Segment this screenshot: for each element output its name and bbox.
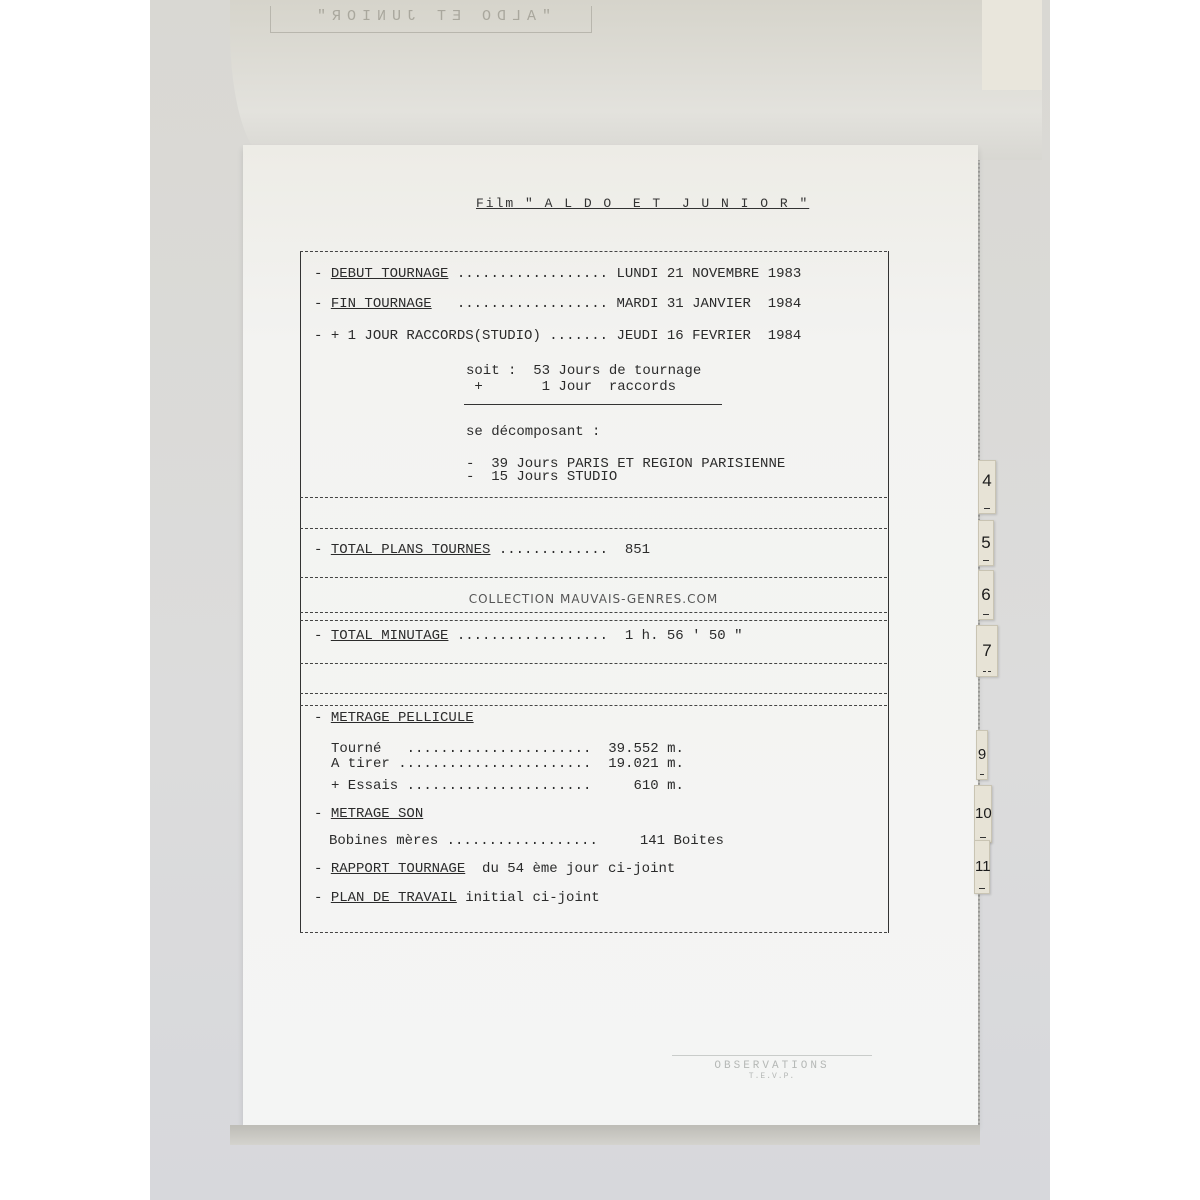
row-name: Tourné: [331, 741, 407, 757]
schedule-value: LUNDI 21 NOVEMBRE 1983: [608, 266, 801, 282]
divider: [300, 693, 887, 694]
rapport-text: du 54 ème jour ci-joint: [465, 861, 675, 877]
metrage-pellicule-heading: - METRAGE PELLICULE: [314, 710, 474, 726]
divider: [300, 497, 887, 498]
total-minutage-value: 1 h. 56 ' 50 ": [608, 628, 742, 644]
leader-dots: ......................: [407, 778, 592, 794]
leader-dots: .............: [490, 542, 608, 558]
pellicule-row-essais: + Essais ...................... 610 m.: [331, 778, 684, 794]
schedule-value: JEUDI 16 FEVRIER 1984: [608, 328, 801, 344]
schedule-label: DEBUT TOURNAGE: [331, 266, 449, 282]
leader-dots: ......................: [407, 741, 592, 757]
row-name: Bobines mères: [329, 833, 447, 849]
plan-label: PLAN DE TRAVAIL: [331, 890, 457, 906]
curled-back-page: "ALDO ET JUNIOR": [230, 0, 1042, 160]
schedule-row-debut: - DEBUT TOURNAGE .................. LUND…: [314, 266, 801, 282]
row-value: 141 Boites: [598, 833, 724, 849]
pellicule-row-a-tirer: A tirer ....................... 19.021 m…: [331, 756, 684, 772]
leader-dots: ..................: [448, 628, 608, 644]
total-plans-label: TOTAL PLANS TOURNES: [331, 542, 491, 558]
divider: [300, 577, 887, 578]
schedule-row-raccords: - + 1 JOUR RACCORDS(STUDIO) ....... JEUD…: [314, 328, 801, 344]
leader-dots: .......................: [398, 756, 591, 772]
total-minutage-label: TOTAL MINUTAGE: [331, 628, 449, 644]
tape-strip: [982, 0, 1042, 90]
tab-divider-10[interactable]: 10: [974, 785, 992, 843]
leader-dots: ..................: [448, 266, 608, 282]
plan-text: initial ci-joint: [457, 890, 600, 906]
rapport-tournage-row: - RAPPORT TOURNAGE du 54 ème jour ci-joi…: [314, 861, 675, 877]
rapport-label: RAPPORT TOURNAGE: [331, 861, 465, 877]
sum-rule: [464, 404, 722, 405]
tab-divider-7[interactable]: 7: [976, 625, 998, 677]
tab-divider-11[interactable]: 11: [974, 840, 990, 894]
summary-days: soit : 53 Jours de tournage: [466, 363, 701, 379]
tab-label: 6: [981, 585, 990, 604]
leader-dots: .......: [541, 328, 608, 344]
pellicule-row-tourne: Tourné ...................... 39.552 m.: [331, 741, 684, 757]
film-title: Film " A L D O E T J U N I O R ": [476, 196, 809, 211]
schedule-label: FIN TOURNAGE: [331, 296, 432, 312]
row-value: 19.021 m.: [591, 756, 683, 772]
tab-label: 4: [982, 471, 991, 490]
row-value: 39.552 m.: [591, 741, 683, 757]
total-plans-row: - TOTAL PLANS TOURNES ............. 851: [314, 542, 650, 558]
tab-divider-9[interactable]: 9: [976, 730, 988, 780]
summary-raccords: + 1 Jour raccords: [466, 379, 676, 395]
plan-travail-row: - PLAN DE TRAVAIL initial ci-joint: [314, 890, 600, 906]
metrage-son-label: METRAGE SON: [331, 806, 423, 822]
divider: [300, 705, 887, 706]
metrage-pellicule-label: METRAGE PELLICULE: [331, 710, 474, 726]
son-row-bobines: Bobines mères .................. 141 Boi…: [329, 833, 724, 849]
breakdown-label: se décomposant :: [466, 424, 600, 440]
divider: [300, 612, 887, 613]
tab-label: 10: [975, 805, 992, 822]
tab-label: 11: [975, 858, 991, 875]
book-bottom-edge: [230, 1125, 980, 1145]
total-plans-value: 851: [608, 542, 650, 558]
leader-dots: ..................: [432, 296, 608, 312]
ghost-observations-sub: T.E.V.P.: [672, 1072, 872, 1081]
row-name: A tirer: [331, 756, 398, 772]
tab-label: 7: [982, 641, 991, 660]
tab-divider-5[interactable]: 5: [978, 520, 994, 566]
tab-divider-4[interactable]: 4: [978, 460, 996, 514]
watermark: COLLECTION MAUVAIS-GENRES.COM: [300, 592, 887, 606]
schedule-label: + 1 JOUR RACCORDS(STUDIO): [331, 328, 541, 344]
leader-dots: ..................: [447, 833, 598, 849]
divider: [300, 528, 887, 529]
tab-label: 5: [981, 533, 990, 552]
schedule-row-fin: - FIN TOURNAGE .................. MARDI …: [314, 296, 801, 312]
row-name: + Essais: [331, 778, 407, 794]
row-value: 610 m.: [591, 778, 683, 794]
divider: [300, 620, 887, 621]
schedule-value: MARDI 31 JANVIER 1984: [608, 296, 801, 312]
divider: [300, 663, 887, 664]
tab-label: 9: [978, 746, 986, 763]
tab-divider-6[interactable]: 6: [978, 570, 994, 620]
divider: [300, 251, 887, 252]
ghost-observations-block: OBSERVATIONS T.E.V.P.: [672, 1055, 872, 1100]
divider: [300, 932, 887, 933]
metrage-son-heading: - METRAGE SON: [314, 806, 423, 822]
breakdown-studio: - 15 Jours STUDIO: [466, 469, 617, 485]
mirrored-ghost-title: "ALDO ET JUNIOR": [270, 6, 592, 33]
ghost-observations-title: OBSERVATIONS: [672, 1060, 872, 1072]
total-minutage-row: - TOTAL MINUTAGE .................. 1 h.…: [314, 628, 743, 644]
